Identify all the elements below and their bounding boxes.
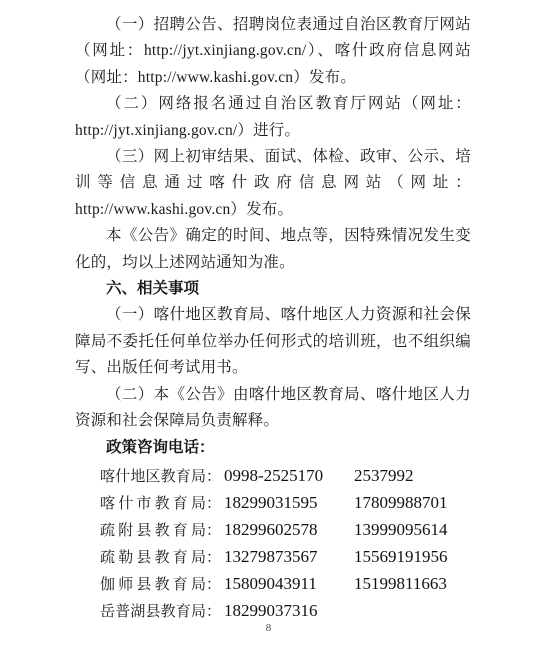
office-name: 疏附县教育局 <box>100 518 206 545</box>
office-name: 伽师县教育局 <box>100 572 206 599</box>
phone-number-secondary: 13999095614 <box>354 516 448 543</box>
body-paragraph: （二）本《公告》由喀什地区教育局、喀什地区人力资源和社会保障局负责解释。 <box>75 382 471 435</box>
colon-separator: ： <box>206 464 220 491</box>
document-content: （一）招聘公告、招聘岗位表通过自治区教育厅网站（网址：http://jyt.xi… <box>75 12 471 624</box>
phone-directory: 喀什地区教育局：0998-25251702537992喀什市教育局：182990… <box>75 462 471 624</box>
office-name: 喀什地区教育局 <box>100 464 206 491</box>
page-number: 8 <box>0 622 537 634</box>
phone-number-secondary: 15569191956 <box>354 543 448 570</box>
phone-row: 喀什地区教育局：0998-25251702537992 <box>75 462 471 489</box>
phone-number-primary: 18299602578 <box>224 516 354 543</box>
phone-number-primary: 18299037316 <box>224 597 354 624</box>
body-paragraph: （一）喀什地区教育局、喀什地区人力资源和社会保障局不委托任何单位举办任何形式的培… <box>75 302 471 381</box>
body-paragraph: （一）招聘公告、招聘岗位表通过自治区教育厅网站（网址：http://jyt.xi… <box>75 12 471 91</box>
phone-number-secondary: 17809988701 <box>354 489 448 516</box>
phone-row: 喀什市教育局：1829903159517809988701 <box>75 489 471 516</box>
colon-separator: ： <box>206 518 220 545</box>
section-heading: 六、相关事项 <box>75 276 471 302</box>
phone-number-primary: 15809043911 <box>224 570 354 597</box>
colon-separator: ： <box>206 545 220 572</box>
body-paragraph: （三）网上初审结果、面试、体检、政审、公示、培训等信息通过喀什政府信息网站（网址… <box>75 144 471 223</box>
phone-row: 伽师县教育局：1580904391115199811663 <box>75 570 471 597</box>
colon-separator: ： <box>206 491 220 518</box>
office-name: 喀什市教育局 <box>100 491 206 518</box>
document-page: （一）招聘公告、招聘岗位表通过自治区教育厅网站（网址：http://jyt.xi… <box>0 0 537 648</box>
phone-number-primary: 13279873567 <box>224 543 354 570</box>
office-name: 疏勒县教育局 <box>100 545 206 572</box>
phone-row: 岳普湖县教育局：18299037316 <box>75 597 471 624</box>
section-heading: 政策咨询电话： <box>75 435 471 461</box>
body-paragraph: （二）网络报名通过自治区教育厅网站（网址：http://jyt.xinjiang… <box>75 91 471 144</box>
phone-row: 疏勒县教育局：1327987356715569191956 <box>75 543 471 570</box>
phone-row: 疏附县教育局：1829960257813999095614 <box>75 516 471 543</box>
phone-number-secondary: 15199811663 <box>354 570 447 597</box>
paragraphs: （一）招聘公告、招聘岗位表通过自治区教育厅网站（网址：http://jyt.xi… <box>75 12 471 461</box>
colon-separator: ： <box>206 572 220 599</box>
phone-number-secondary: 2537992 <box>354 462 414 489</box>
phone-number-primary: 0998-2525170 <box>224 462 354 489</box>
phone-number-primary: 18299031595 <box>224 489 354 516</box>
body-paragraph: 本《公告》确定的时间、地点等，因特殊情况发生变化的，均以上述网站通知为准。 <box>75 223 471 276</box>
